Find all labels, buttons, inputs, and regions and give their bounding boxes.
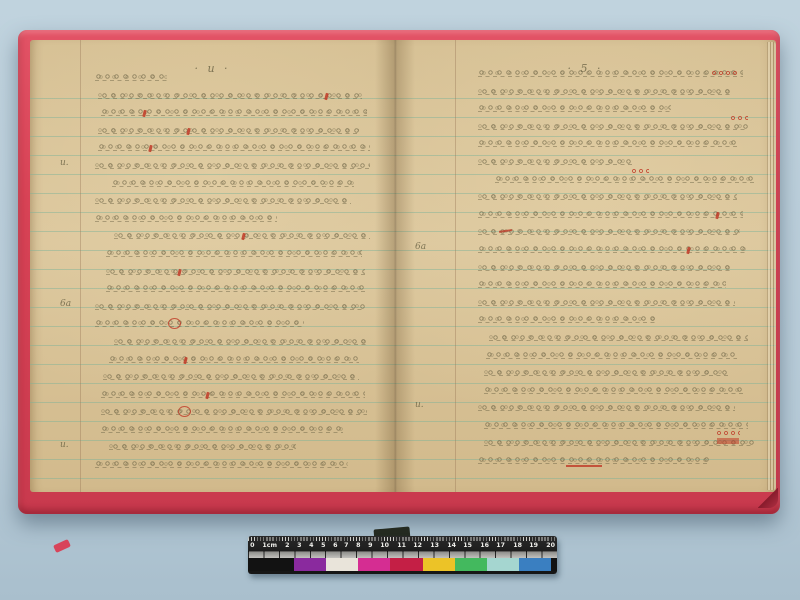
handwriting-line	[101, 389, 365, 399]
handwriting-line	[478, 297, 735, 307]
ruler-number: 2	[285, 541, 289, 550]
red-cover-sliver	[53, 539, 71, 553]
handwriting-line	[478, 314, 655, 324]
ruler-number: 3	[297, 541, 301, 550]
cover-corner-fold	[758, 488, 778, 508]
ruler-number: 9	[368, 541, 372, 550]
handwriting-line	[98, 90, 362, 100]
handwriting-line	[478, 156, 633, 166]
handwriting-line	[95, 72, 167, 82]
handwriting-block-right	[478, 68, 754, 473]
ruler-number: 13	[430, 541, 439, 550]
handwriting-line	[478, 138, 740, 148]
margin-numeral: u.	[60, 158, 69, 168]
red-ink-correction	[149, 145, 154, 153]
ruler-number: 8	[357, 541, 361, 550]
handwriting-line	[101, 424, 343, 434]
red-ink-correction	[631, 167, 649, 175]
color-patch	[294, 558, 326, 571]
handwriting-line	[95, 195, 351, 205]
handwriting-line	[484, 385, 746, 395]
handwriting-line	[98, 125, 359, 135]
handwriting-line	[109, 441, 296, 451]
handwriting-line	[95, 459, 348, 469]
patch-black-trail	[551, 558, 557, 571]
handwriting-block-left	[95, 72, 370, 477]
margin-numeral: 6a	[415, 242, 426, 252]
handwriting-line	[478, 121, 748, 131]
red-ink-correction	[716, 429, 740, 437]
page-left: · u · u.6au.	[30, 40, 395, 492]
margin-line-right	[455, 40, 456, 492]
ruler-number: 15	[463, 541, 472, 550]
handwriting-line	[103, 371, 359, 381]
handwriting-line	[109, 354, 359, 364]
margin-numeral: u.	[415, 400, 424, 410]
color-patch	[423, 558, 455, 571]
handwriting-line	[478, 244, 746, 254]
color-patch	[519, 558, 551, 571]
handwriting-line	[484, 367, 730, 377]
handwriting-line	[98, 142, 370, 152]
color-patch	[358, 558, 390, 571]
color-patch	[326, 558, 358, 571]
handwriting-line	[112, 178, 354, 188]
red-ink-correction	[186, 128, 191, 136]
handwriting-line	[114, 336, 367, 346]
color-patch	[487, 558, 519, 571]
handwriting-line	[478, 279, 726, 289]
handwriting-line	[478, 191, 737, 201]
red-ink-correction	[183, 356, 188, 364]
handwriting-line	[478, 86, 732, 96]
ruler-number: 17	[496, 541, 505, 550]
red-ink-correction	[716, 211, 721, 219]
manuscript-photo: · u · u.6au. · 5 · 6au. 01cm234567891011…	[0, 0, 800, 600]
handwriting-line	[478, 455, 710, 465]
ruler-number: 14	[447, 541, 456, 550]
handwriting-line	[101, 107, 368, 117]
margin-numeral: 6a	[60, 299, 71, 309]
handwriting-line	[484, 420, 749, 430]
ruler-number: 11	[397, 541, 406, 550]
notebook: · u · u.6au. · 5 · 6au.	[18, 30, 780, 514]
scale-bar-ruler: 01cm234567891011121314151617181920	[248, 536, 557, 574]
red-ink-correction	[686, 247, 691, 255]
red-ink-correction	[711, 69, 739, 77]
ruler-number: 10	[381, 541, 390, 550]
ruler-number: 6	[333, 541, 337, 550]
red-ink-correction	[499, 229, 512, 233]
handwriting-line	[114, 230, 370, 240]
red-ink-correction	[178, 406, 191, 417]
color-patch	[390, 558, 422, 571]
handwriting-line	[489, 332, 748, 342]
red-ink-correction	[178, 268, 183, 276]
handwriting-line	[106, 266, 365, 276]
red-ink-correction	[168, 318, 181, 329]
ruler-number: 12	[414, 541, 423, 550]
handwriting-line	[95, 318, 304, 328]
handwriting-line	[101, 406, 368, 416]
handwriting-line	[486, 350, 737, 360]
page-stack-fore-edge	[767, 42, 776, 490]
red-ink-correction	[566, 465, 602, 467]
ruler-number: 19	[529, 541, 538, 550]
handwriting-line	[484, 437, 754, 447]
ruler-number: 18	[513, 541, 522, 550]
handwriting-line	[95, 160, 370, 170]
margin-line-left	[80, 40, 81, 492]
ruler-number: 16	[480, 541, 489, 550]
patch-black-lead	[248, 558, 294, 571]
handwriting-line	[478, 103, 671, 113]
red-ink-correction	[241, 233, 246, 241]
ruler-number: 7	[345, 541, 349, 550]
ruler-number-row: 01cm234567891011121314151617181920	[248, 541, 557, 550]
handwriting-line	[478, 209, 743, 219]
ruler-number: 20	[546, 541, 555, 550]
handwriting-line	[95, 213, 277, 223]
ruler-centimeter-ticks	[248, 551, 557, 558]
handwriting-line	[495, 174, 757, 184]
red-ink-correction	[730, 114, 748, 122]
ruler-number: 5	[321, 541, 325, 550]
handwriting-line	[478, 68, 743, 78]
handwriting-line	[106, 248, 362, 258]
page-right: · 5 · 6au.	[395, 40, 776, 492]
ruler-number: 0	[250, 541, 254, 550]
red-ink-correction	[205, 391, 210, 399]
margin-numeral: u.	[60, 440, 69, 450]
handwriting-line	[478, 402, 735, 412]
red-ink-correction	[142, 110, 147, 118]
handwriting-line	[95, 301, 365, 311]
color-calibration-patches	[248, 558, 557, 571]
handwriting-line	[106, 283, 367, 293]
ruler-number: 1cm	[262, 541, 277, 550]
handwriting-line	[478, 262, 732, 272]
ruler-number: 4	[309, 541, 313, 550]
red-ink-correction	[324, 92, 329, 100]
handwriting-line	[478, 226, 740, 236]
color-patch	[455, 558, 487, 571]
